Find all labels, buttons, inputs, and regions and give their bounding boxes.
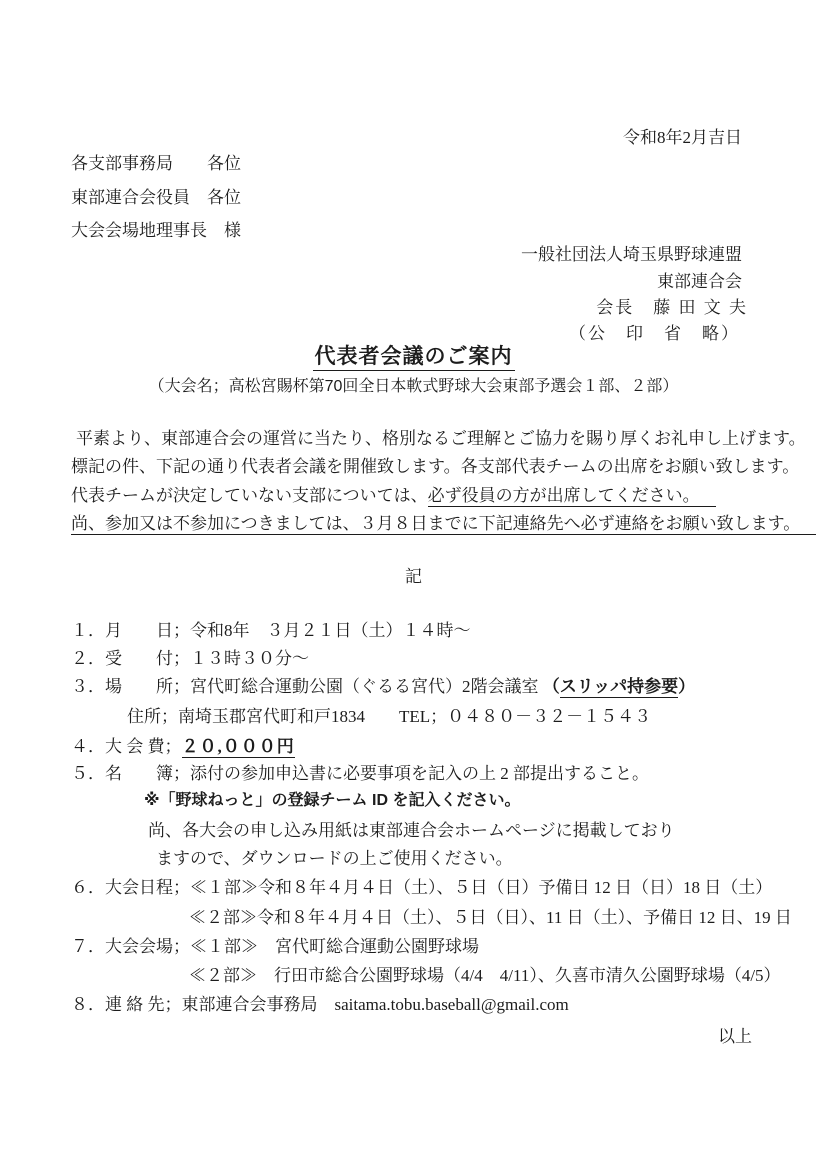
item-3-slipper-note: スリッパ持参要: [560, 677, 678, 698]
item-7-venue-part1: ７．大会会場；≪１部≫ 宮代町総合運動公園野球場: [71, 936, 479, 957]
item-5-note-yakyu-net: ※「野球ねっと」の登録チーム ID を記入ください。: [144, 791, 520, 811]
item-3-place: ３．場 所；宮代町総合運動公園（ぐるる宮代）2階会議室 （スリッパ持参要）: [71, 676, 695, 697]
page-subtitle: （大会名；高松宮賜杯第70回全日本軟式野球大会東部予選会１部、２部）: [0, 377, 827, 397]
seal-omitted-line: （公 印 省 略）: [569, 323, 740, 344]
item-5-roster: ５．名 簿；添付の参加申込書に必要事項を記入の上 2 部提出すること。: [71, 763, 649, 784]
item-6-schedule-part2: ≪２部≫令和８年４月４日（土）、５日（日）、11 日（土）、予備日 12 日、1…: [189, 907, 792, 928]
item-3-slipper-open-paren: （: [543, 677, 560, 696]
page-title-text: 代表者会議のご案内: [313, 345, 515, 371]
item-1-date: １．月 日；令和8年 ３月２１日（土）１４時～: [71, 620, 471, 641]
date-line: 令和8年2月吉日: [623, 127, 742, 148]
item-8-contact: ８．連 絡 先；東部連合会事務局 saitama.tobu.baseball@g…: [71, 994, 569, 1015]
item-6-schedule-part1: ６．大会日程；≪１部≫令和８年４月４日（土）、５日（日）予備日 12 日（日）1…: [71, 877, 772, 898]
recipient-line-1: 各支部事務局 各位: [71, 153, 241, 174]
sender-chairman-line: 会長 藤 田 文 夫: [596, 297, 748, 318]
item-4-fee-label: ４．大 会 費；: [71, 737, 182, 756]
sender-branch-line: 東部連合会: [657, 271, 742, 292]
item-4-fee: ４．大 会 費；２０,０００円: [71, 736, 295, 757]
document-page: 令和8年2月吉日 各支部事務局 各位 東部連合会役員 各位 大会会場地理事長 様…: [0, 0, 827, 1170]
body-line-4-underlined: 尚、参加又は不参加につきましては、３月８日までに下記連絡先へ必ず連絡をお願い致し…: [71, 514, 816, 535]
item-3-slipper-close-paren: ）: [678, 677, 695, 696]
body-line-2: 標記の件、下記の通り代表者会議を開催致します。各支部代表チームの出席をお願い致し…: [71, 456, 799, 477]
closing-marker: 以上: [718, 1026, 752, 1047]
body-line-3-plain: 代表チームが決定していない支部については、: [71, 486, 428, 505]
item-2-reception: ２．受 付；１３時３０分～: [71, 648, 309, 669]
body-line-4: 尚、参加又は不参加につきましては、３月８日までに下記連絡先へ必ず連絡をお願い致し…: [71, 513, 816, 534]
sender-org-line: 一般社団法人埼玉県野球連盟: [521, 244, 742, 265]
page-title: 代表者会議のご案内: [0, 344, 827, 370]
body-line-1: 平素より、東部連合会の運営に当たり、格別なるご理解とご協力を賜り厚くお礼申し上げ…: [76, 428, 806, 449]
recipient-line-2: 東部連合会役員 各位: [71, 187, 241, 208]
body-line-3-underlined: 必ず役員の方が出席してください。: [428, 486, 716, 507]
item-5-note-homepage: 尚、各大会の申し込み用紙は東部連合会ホームページに掲載しており: [148, 820, 675, 841]
item-3-address: 住所；南埼玉郡宮代町和戸1834 TEL；０４８０－３２－１５４３: [127, 706, 651, 727]
recipient-line-3: 大会会場地理事長 様: [71, 220, 241, 241]
item-7-venue-part2: ≪２部≫ 行田市総合公園野球場（4/4 4/11）、久喜市清久公園野球場（4/5…: [189, 965, 781, 986]
body-line-3: 代表チームが決定していない支部については、必ず役員の方が出席してください。: [71, 485, 716, 506]
item-5-note-download: ますので、ダウンロードの上ご使用ください。: [156, 848, 513, 869]
item-3-place-text: ３．場 所；宮代町総合運動公園（ぐるる宮代）2階会議室: [71, 677, 543, 696]
ki-marker: 記: [0, 566, 827, 587]
item-4-fee-value: ２０,０００円: [182, 737, 295, 758]
